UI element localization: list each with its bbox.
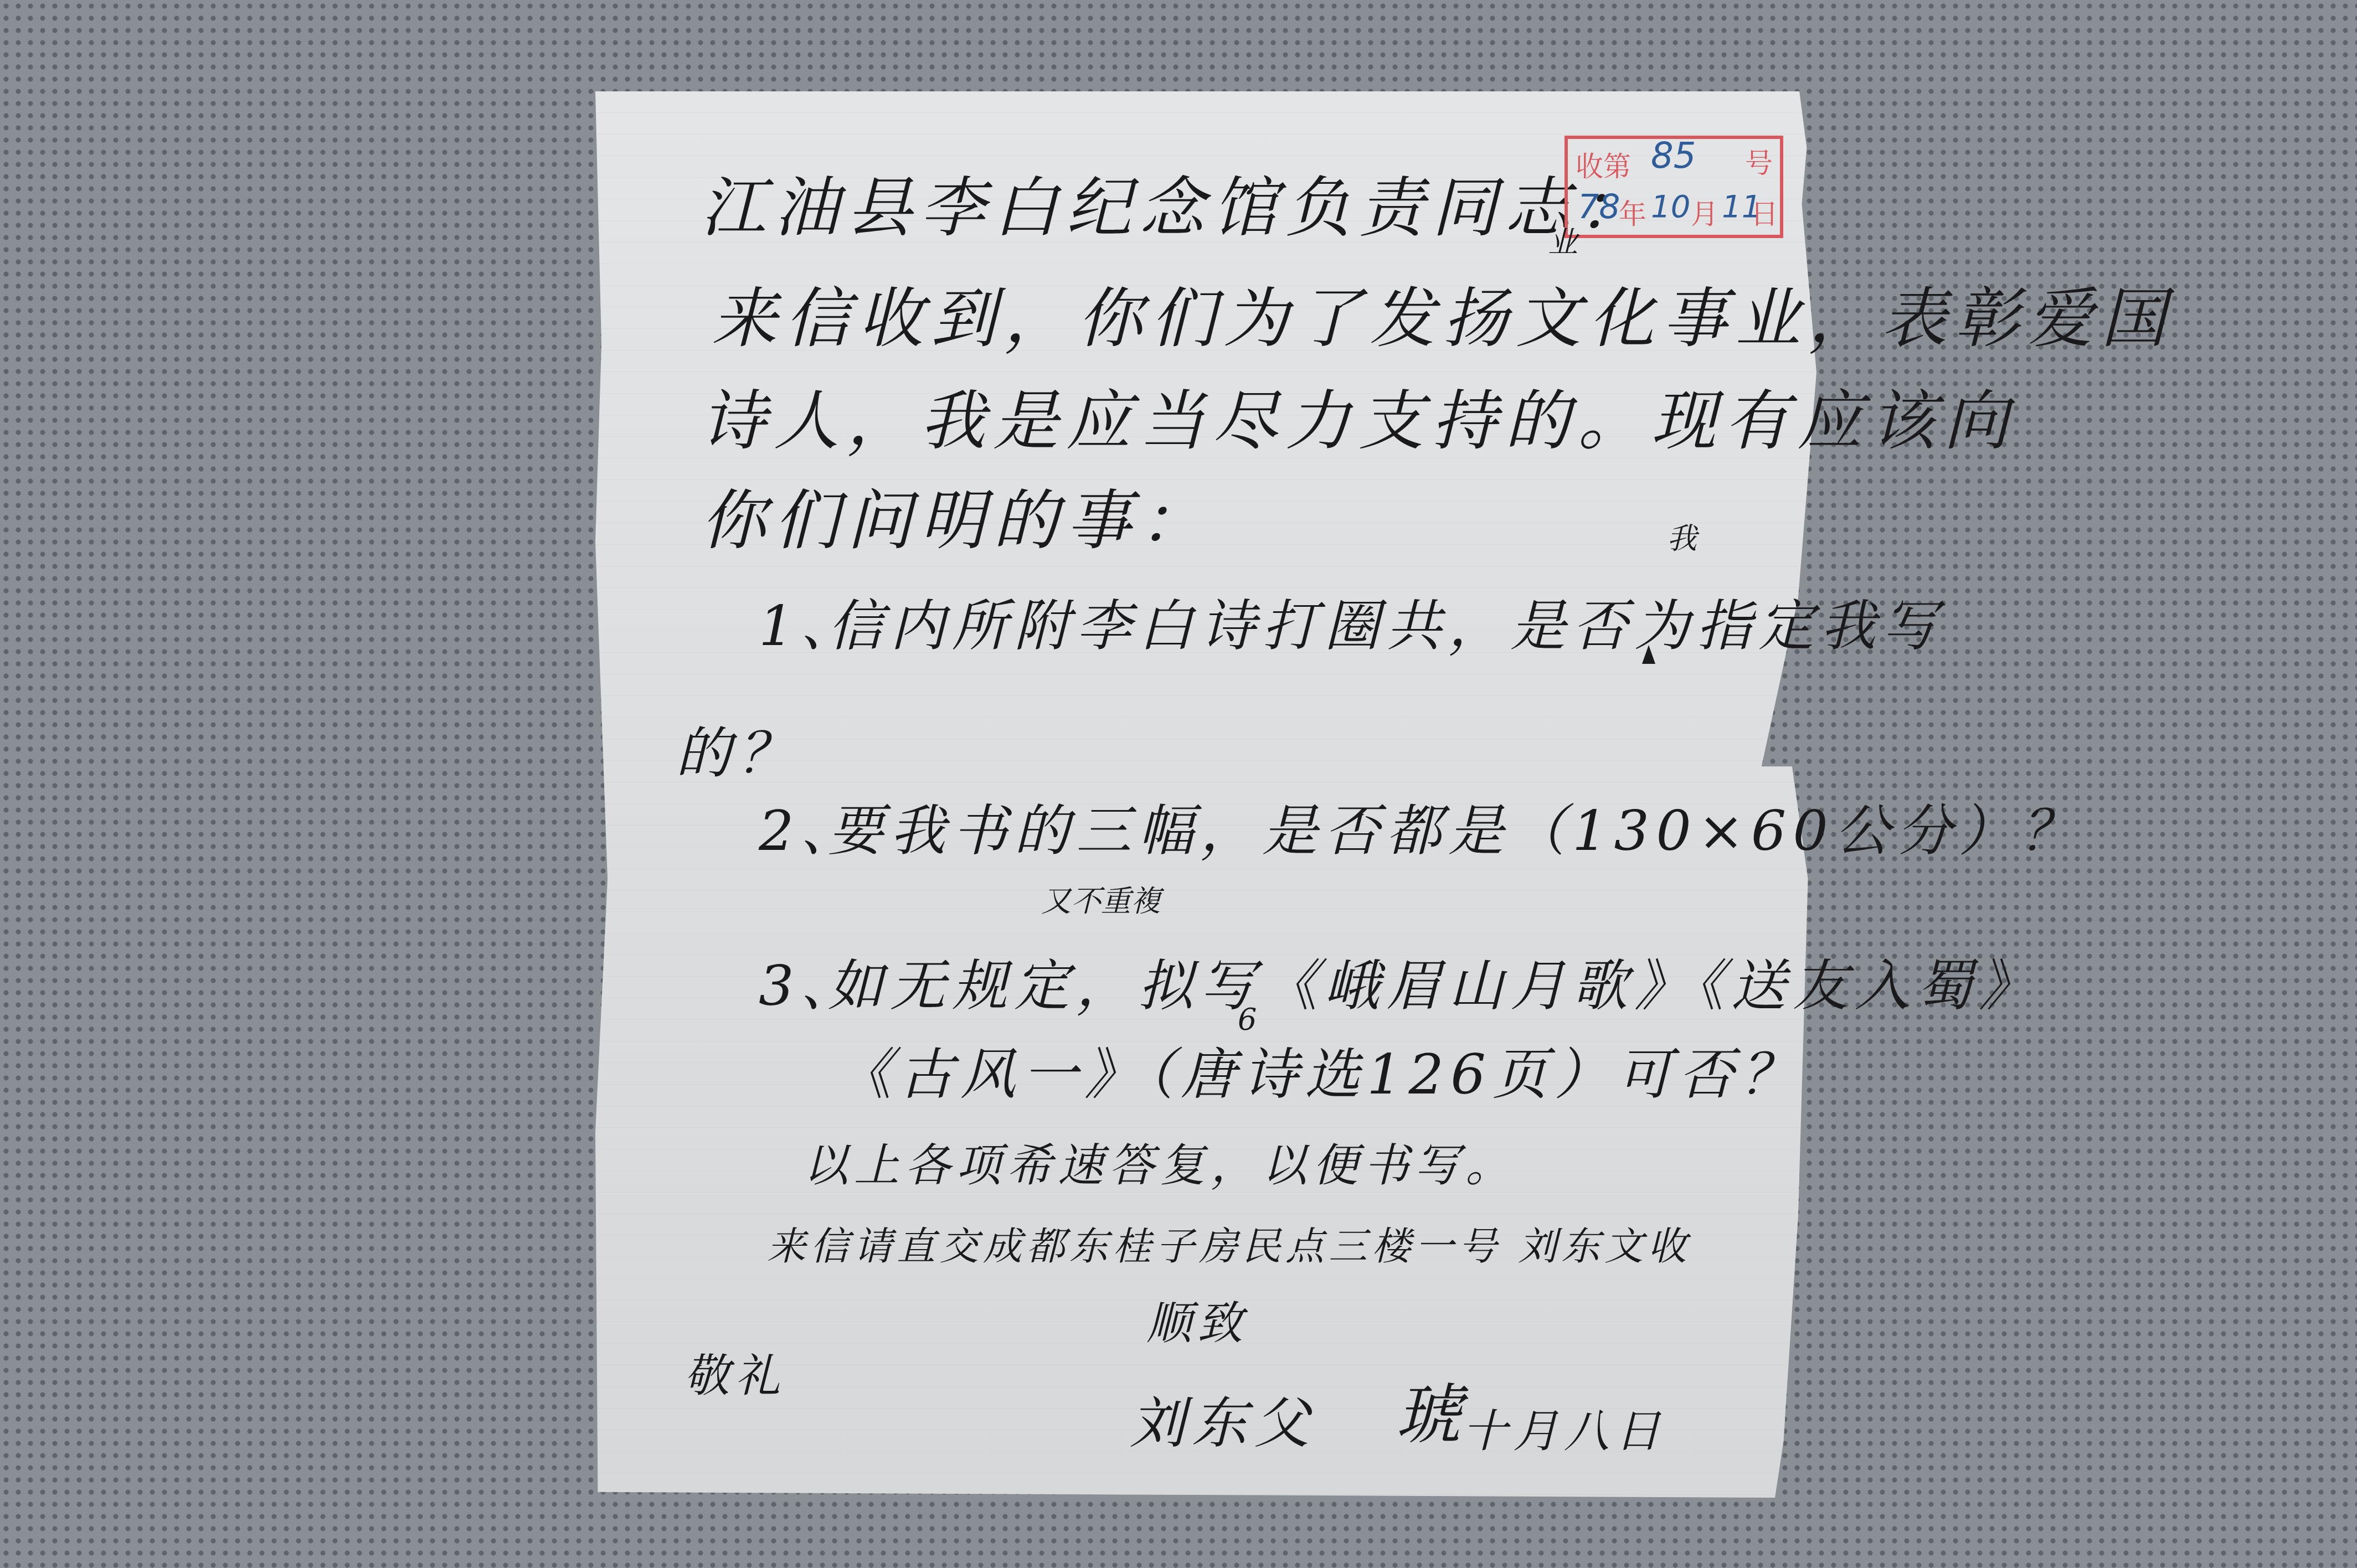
stamp-number: 85 <box>1651 136 1696 177</box>
date: 十月八日 <box>1462 1395 1666 1460</box>
item-3-continuation: 《古风一》（唐诗选126页）可否？ <box>836 1030 1803 1110</box>
stamp-label-year: 年 <box>1619 192 1646 232</box>
item-1-text: 信内所附李白诗打圈共，是否为指定我写 <box>828 581 1944 661</box>
item-1-continuation: 的？ <box>676 709 800 788</box>
stamp-month: 10 <box>1651 189 1690 225</box>
insert-bu-chongfu: 又不重複 <box>1041 878 1161 920</box>
salute-jingli: 敬礼 <box>684 1340 786 1405</box>
closing-request: 以上各项希速答复，以便书写。 <box>803 1129 1516 1194</box>
salute-shunzhi: 顺致 <box>1146 1287 1248 1352</box>
receipt-stamp: 收第 85 号 78 年 10 月 11 日 <box>1565 136 1783 238</box>
insert-ye: 业 <box>1548 219 1578 261</box>
body-line-2: 诗人，我是应当尽力支持的。现有应该向 <box>701 368 2016 462</box>
salutation: 江油县李白纪念馆负责同志： <box>701 155 1651 249</box>
item-3-text: 如无规定，拟写《峨眉山月歌》《送友入蜀》 <box>828 941 2041 1021</box>
stamp-label-received: 收第 <box>1576 145 1631 184</box>
stamp-label-month: 月 <box>1691 192 1718 232</box>
body-line-3: 你们问明的事： <box>701 468 1212 562</box>
stamp-year: 78 <box>1578 188 1620 226</box>
item-2-text: 要我书的三幅，是否都是（130×60公分）？ <box>828 786 2083 866</box>
address-note: 来信请直交成都东桂子房民点三楼一号 刘东文收 <box>767 1215 1691 1271</box>
signature-last-char: 琥 <box>1396 1362 1469 1456</box>
signature: 刘东父 <box>1130 1379 1316 1458</box>
insert-wo: 我 <box>1667 515 1697 558</box>
stamp-label-day: 日 <box>1751 192 1778 232</box>
stamp-label-hao: 号 <box>1745 141 1773 181</box>
body-line-1: 来信收到，你们为了发扬文化事业，表彰爱国 <box>712 266 2174 360</box>
